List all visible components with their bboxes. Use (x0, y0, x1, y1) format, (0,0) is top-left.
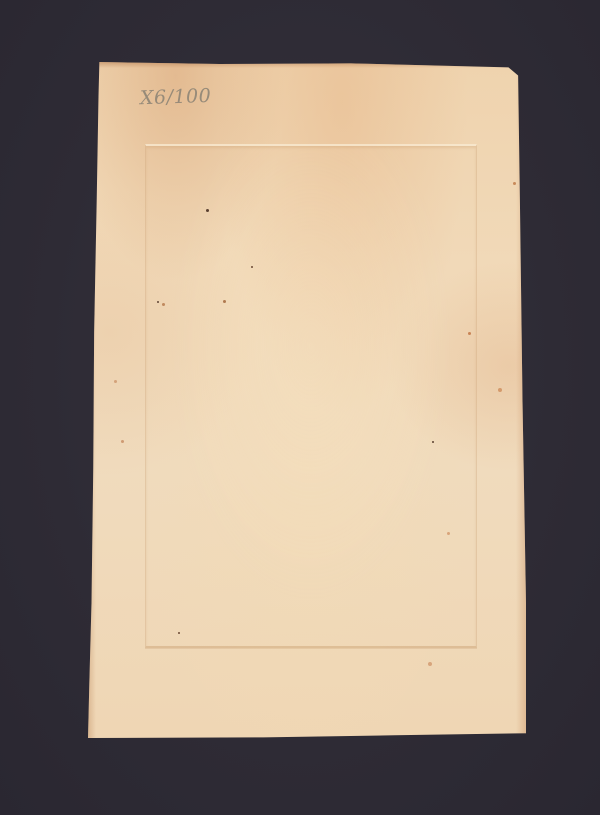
handwritten-note: X6/100 (140, 85, 212, 109)
foxing-spot (114, 380, 117, 383)
foxing-spot (121, 440, 124, 443)
antique-paper-sheet: X6/100 (88, 62, 526, 738)
foxing-spot (162, 303, 165, 306)
foxing-spot (157, 301, 159, 303)
foxing-spot (178, 632, 180, 634)
foxing-spot (206, 209, 209, 212)
foxing-spot (447, 532, 450, 535)
plate-mark (145, 144, 477, 648)
foxing-spot (223, 300, 226, 303)
foxing-spot (513, 182, 516, 185)
foxing-spot (498, 388, 502, 392)
foxing-spot (468, 332, 471, 335)
foxing-spot (251, 266, 253, 268)
foxing-spot (432, 441, 434, 443)
foxing-spot (428, 662, 432, 666)
